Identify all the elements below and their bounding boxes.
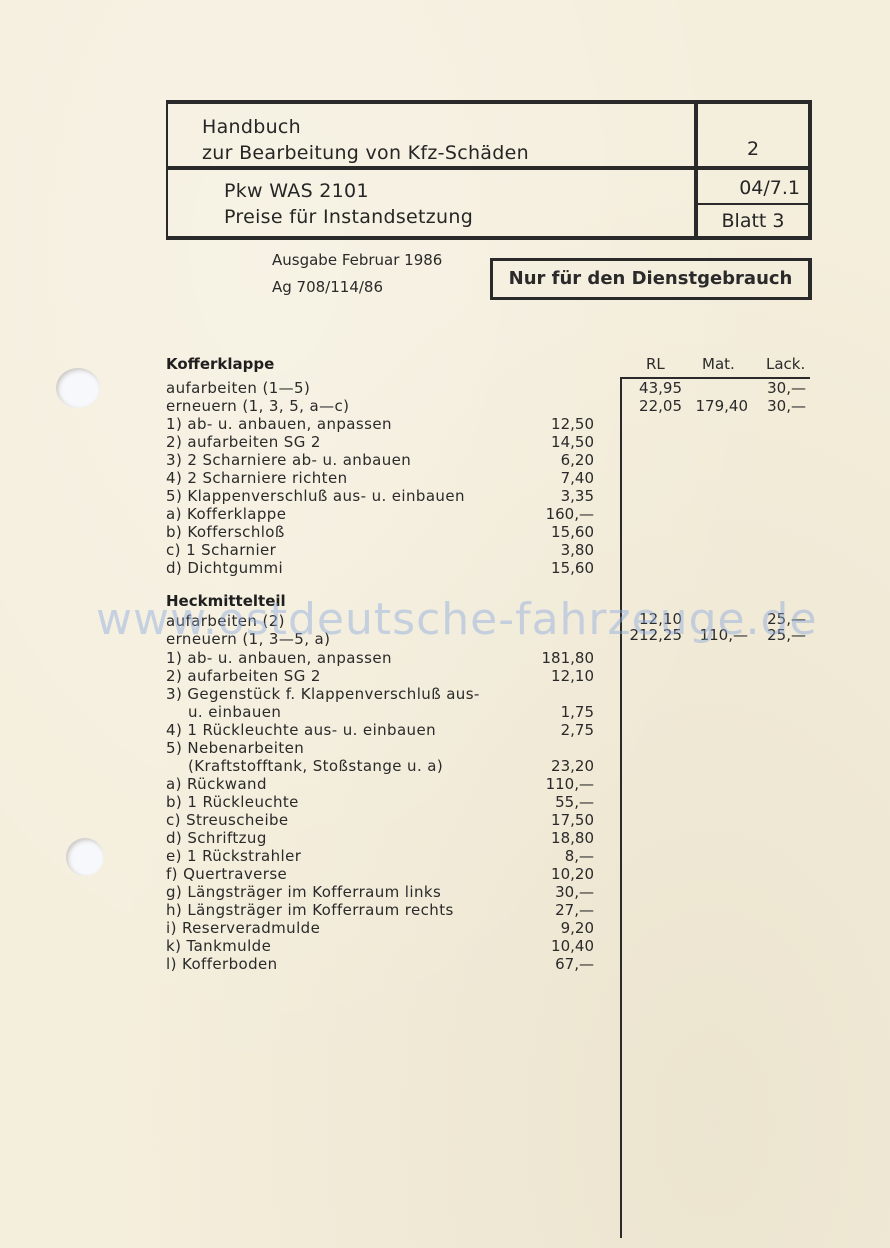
- item-label: g) Längsträger im Kofferraum links: [166, 883, 441, 901]
- summary-row-label: aufarbeiten (1—5): [166, 379, 310, 397]
- item-price: 55,—: [514, 793, 594, 811]
- section-number-cell: 2: [698, 104, 808, 170]
- column-divider: [620, 378, 622, 1238]
- header-subtitle-line1: Pkw WAS 2101: [224, 180, 369, 202]
- header-title-line1: Handbuch: [202, 116, 301, 138]
- item-price: 3,80: [514, 541, 594, 559]
- summary-lack: 30,—: [726, 379, 806, 397]
- item-price: 17,50: [514, 811, 594, 829]
- item-price: 7,40: [514, 469, 594, 487]
- item-label: c) 1 Scharnier: [166, 541, 276, 559]
- item-label: 2) aufarbeiten SG 2: [166, 667, 321, 685]
- item-label: i) Reserveradmulde: [166, 919, 320, 937]
- item-price: 6,20: [514, 451, 594, 469]
- item-label: d) Schriftzug: [166, 829, 267, 847]
- item-label: 1) ab- u. anbauen, anpassen: [166, 415, 392, 433]
- item-label: l) Kofferboden: [166, 955, 278, 973]
- item-price: 15,60: [514, 523, 594, 541]
- code-cell: 04/7.1: [698, 170, 808, 205]
- punch-hole-bottom: [66, 838, 104, 876]
- item-price: 23,20: [514, 757, 594, 775]
- item-label: d) Dichtgummi: [166, 559, 283, 577]
- header-title-line2: zur Bearbeitung von Kfz-Schäden: [202, 142, 529, 164]
- item-label: 1) ab- u. anbauen, anpassen: [166, 649, 392, 667]
- section-title: Kofferklappe: [166, 355, 274, 373]
- item-label: b) 1 Rückleuchte: [166, 793, 299, 811]
- summary-rl: 43,95: [602, 379, 682, 397]
- restriction-stamp: Nur für den Dienstgebrauch: [490, 258, 812, 300]
- header-title-cell: Handbuch zur Bearbeitung von Kfz-Schäden: [168, 104, 694, 170]
- header-subtitle-line2: Preise für Instandsetzung: [224, 206, 473, 228]
- header-left: Handbuch zur Bearbeitung von Kfz-Schäden…: [168, 104, 698, 236]
- column-header-lack: Lack.: [766, 355, 805, 373]
- reference-number: Ag 708/114/86: [272, 278, 383, 296]
- item-label: 4) 2 Scharniere richten: [166, 469, 348, 487]
- item-label: 5) Nebenarbeiten: [166, 739, 304, 757]
- item-price: 15,60: [514, 559, 594, 577]
- item-label: c) Streuscheibe: [166, 811, 289, 829]
- item-price: 12,10: [514, 667, 594, 685]
- item-label: h) Längsträger im Kofferraum rechts: [166, 901, 454, 919]
- summary-row-label: erneuern (1, 3, 5, a—c): [166, 397, 349, 415]
- item-label: k) Tankmulde: [166, 937, 271, 955]
- item-label: 5) Klappenverschluß aus- u. einbauen: [166, 487, 465, 505]
- item-label-continuation: (Kraftstofftank, Stoßstange u. a): [188, 757, 443, 775]
- watermark: www.ostdeutsche-fahrzeuge.de: [96, 594, 818, 645]
- document-header: Handbuch zur Bearbeitung von Kfz-Schäden…: [166, 100, 812, 240]
- item-price: 160,—: [514, 505, 594, 523]
- item-label: a) Rückwand: [166, 775, 267, 793]
- edition-date: Ausgabe Februar 1986: [272, 251, 442, 269]
- sheet-number: Blatt 3: [698, 210, 808, 232]
- item-price: 9,20: [514, 919, 594, 937]
- item-price: 3,35: [514, 487, 594, 505]
- punch-hole-top: [56, 368, 100, 408]
- item-price: 2,75: [514, 721, 594, 739]
- sheet-cell: Blatt 3: [698, 205, 808, 236]
- item-price: 10,20: [514, 865, 594, 883]
- item-price: 8,—: [514, 847, 594, 865]
- item-price: 18,80: [514, 829, 594, 847]
- item-price: 14,50: [514, 433, 594, 451]
- summary-lack: 30,—: [726, 397, 806, 415]
- document-code: 04/7.1: [698, 177, 800, 199]
- item-price: 110,—: [514, 775, 594, 793]
- section-number: 2: [698, 138, 808, 160]
- item-price: 30,—: [514, 883, 594, 901]
- item-price: 27,—: [514, 901, 594, 919]
- column-header-mat: Mat.: [702, 355, 735, 373]
- item-label: 3) 2 Scharniere ab- u. anbauen: [166, 451, 411, 469]
- item-label: 4) 1 Rückleuchte aus- u. einbauen: [166, 721, 436, 739]
- item-price: 67,—: [514, 955, 594, 973]
- item-label: a) Kofferklappe: [166, 505, 286, 523]
- item-label-continuation: u. einbauen: [188, 703, 281, 721]
- item-price: 181,80: [514, 649, 594, 667]
- item-price: 12,50: [514, 415, 594, 433]
- item-label: 3) Gegenstück f. Klappenverschluß aus-: [166, 685, 480, 703]
- item-label: e) 1 Rückstrahler: [166, 847, 301, 865]
- column-header-rl: RL: [646, 355, 665, 373]
- item-label: f) Quertraverse: [166, 865, 287, 883]
- item-price: 1,75: [514, 703, 594, 721]
- item-price: 10,40: [514, 937, 594, 955]
- item-label: 2) aufarbeiten SG 2: [166, 433, 321, 451]
- item-label: b) Kofferschloß: [166, 523, 285, 541]
